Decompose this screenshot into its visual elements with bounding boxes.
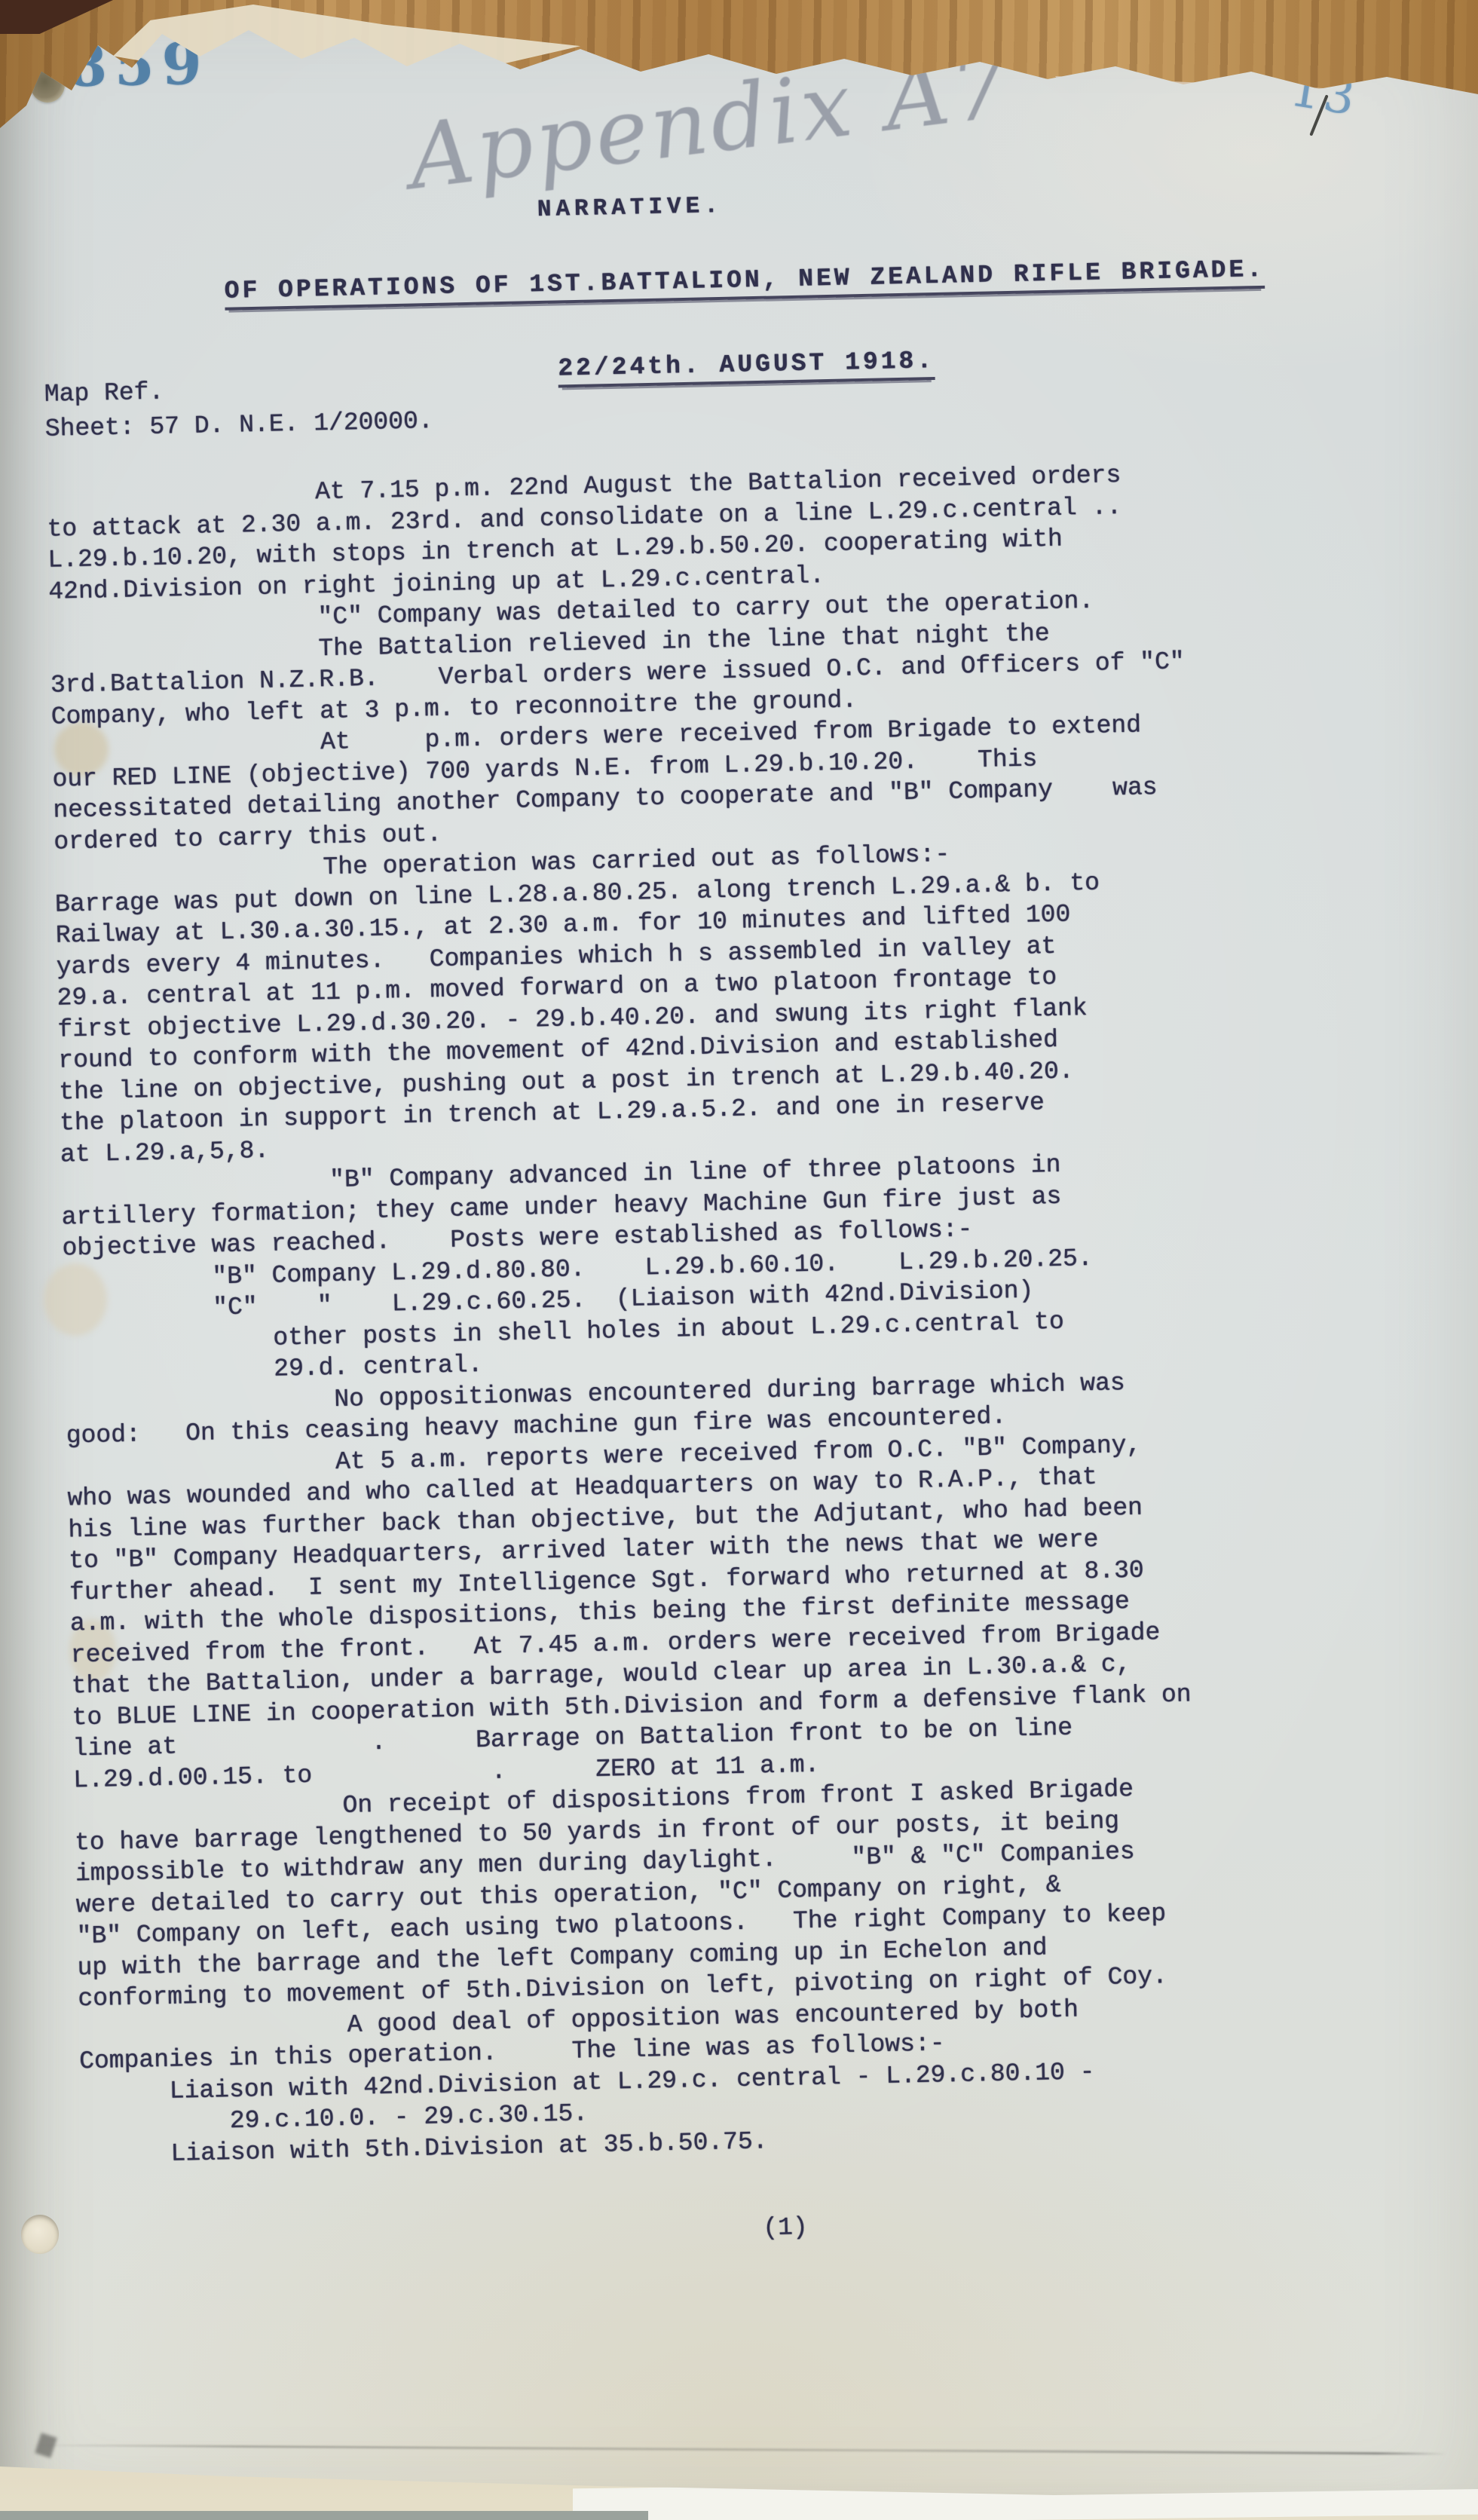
narrative-title: NARRATIVE. xyxy=(35,182,1226,234)
document-page: 1859 13 Appendix A7 NARRATIVE. OF OPERAT… xyxy=(0,0,1478,2520)
narrative-body: At 7.15 p.m. 22nd August the Battalion r… xyxy=(46,458,1216,2171)
map-ref-sheet: Sheet: 57 D. N.E. 1/20000. xyxy=(44,407,433,443)
map-ref-label: Map Ref. xyxy=(44,378,164,408)
paper-crease-line xyxy=(30,2444,1447,2454)
punch-hole-bottom xyxy=(21,2215,59,2254)
table-edge-strip xyxy=(0,2511,648,2520)
typed-content: NARRATIVE. OF OPERATIONS OF 1ST.BATTALIO… xyxy=(34,155,1478,2371)
punch-hole-top xyxy=(30,66,65,103)
date-heading-text: 22/24th. AUGUST 1918. xyxy=(558,347,935,387)
scanned-document-photo: 1859 13 Appendix A7 NARRATIVE. OF OPERAT… xyxy=(0,0,1478,2520)
page-footer-number: (1) xyxy=(77,2199,1478,2256)
date-heading: 22/24th. AUGUST 1918. xyxy=(38,336,1455,393)
pencil-page-number: 13 xyxy=(1287,61,1362,127)
operations-subtitle: OF OPERATIONS OF 1ST.BATTALION, NEW ZEAL… xyxy=(36,252,1453,309)
table-corner-shadow xyxy=(0,0,113,34)
operations-subtitle-text: OF OPERATIONS OF 1ST.BATTALION, NEW ZEAL… xyxy=(224,256,1265,311)
paper-crease-mark xyxy=(35,2433,57,2457)
